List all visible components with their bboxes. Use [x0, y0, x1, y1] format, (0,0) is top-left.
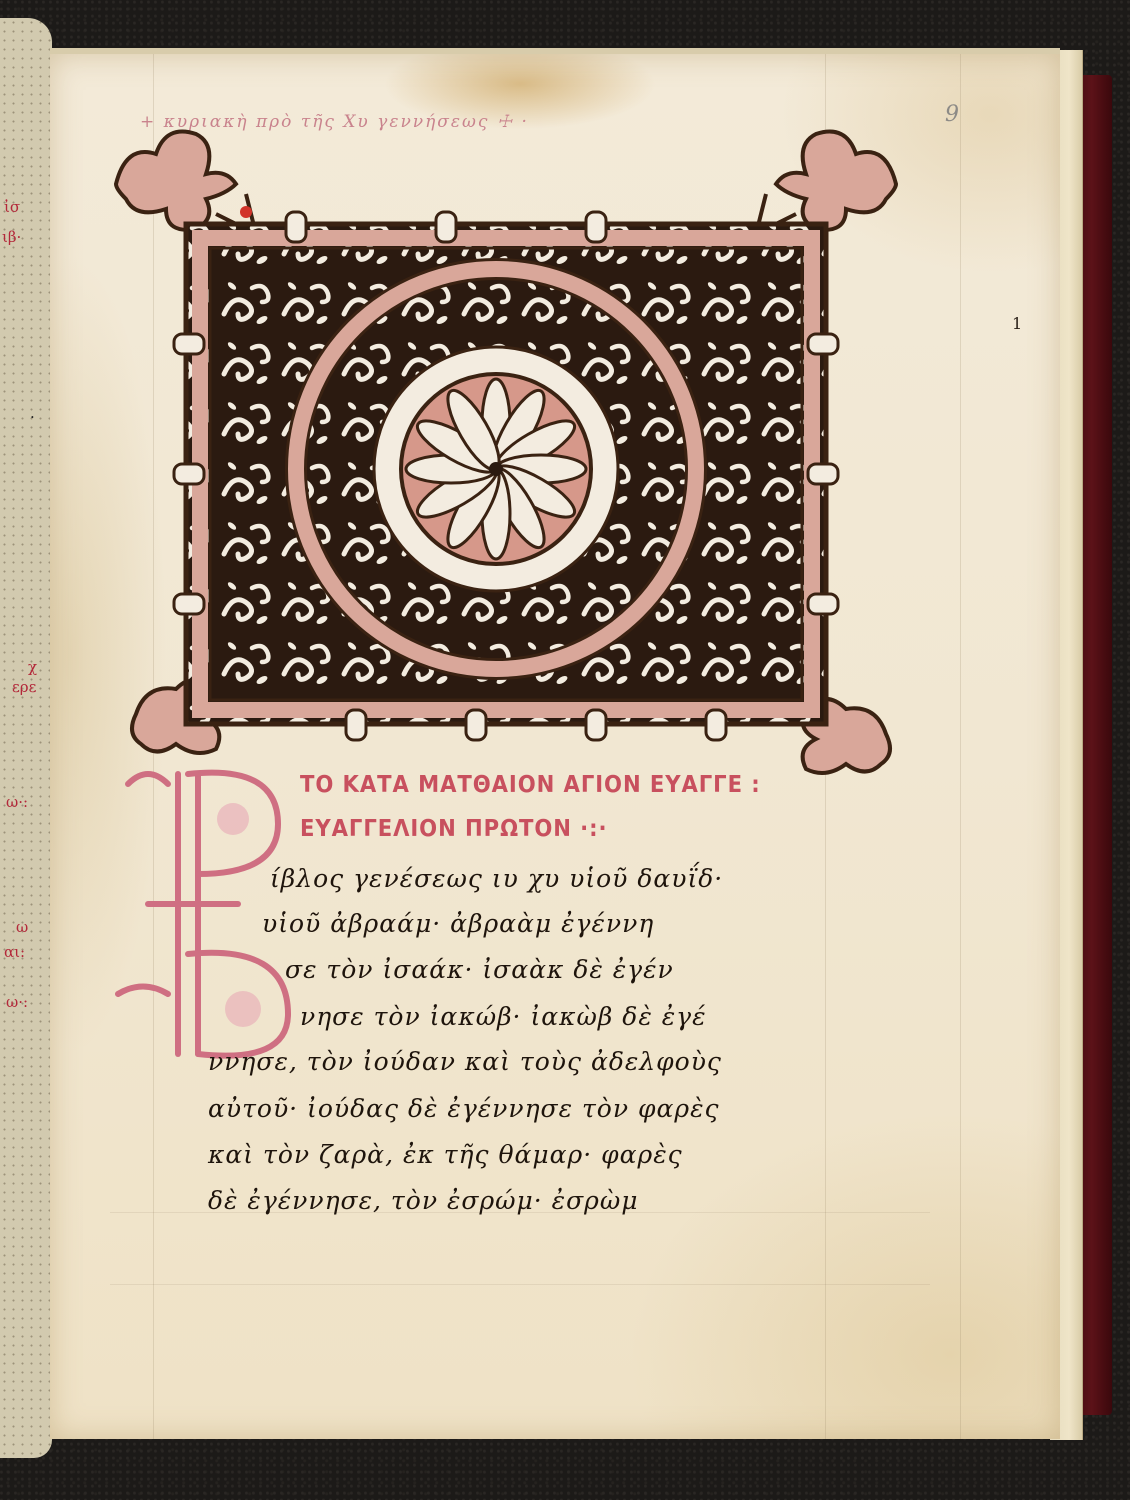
manuscript-page: + κυριακὴ πρὸ τῆς Χυ γεννήσεως ☩ · 9 1 [50, 48, 1060, 1439]
text-line: νησε τὸν ἰακώβ· ἰακὼβ δὲ ἐγέ [300, 1002, 707, 1031]
corner-palmette-top-right [756, 132, 896, 235]
title-line-1: ΤΟ ΚΑΤΑ ΜΑΤΘΑΙΟΝ ΑΓΙΟΝ ΕΥΑΓΓΕ : [300, 772, 761, 798]
text-line: αὐτοῦ· ἰούδας δὲ ἐγέννησε τὸν φαρὲς [208, 1094, 720, 1123]
left-margin-note: ω [16, 918, 28, 936]
left-margin-note: ερε [12, 678, 36, 696]
left-margin-note: αι: [4, 943, 25, 961]
left-margin-note: ω·: [6, 993, 28, 1011]
left-margin-note: ω·: [6, 793, 28, 811]
binding-cover-edge [1078, 75, 1112, 1415]
text-line: ίβλος γενέσεως ιυ χυ υἱοῦ δαυΐδ· [270, 864, 723, 893]
left-margin-note: ιβ· [2, 228, 21, 246]
title-line-2: ΕΥΑΓΓΕΛΙΟΝ ΠΡΩΤΟΝ ·:· [300, 816, 607, 842]
left-page-edge: ἰσ ιβ· · χ ερε ω·: ω αι: ω·: [0, 18, 52, 1458]
ruling-line [960, 54, 961, 1439]
text-line: υἱοῦ ἀβραάμ· ἀβραὰμ ἐγέννη [262, 909, 654, 938]
headpiece-ornament [96, 94, 916, 784]
text-line: σε τὸν ἰσαάκ· ἰσαὰκ δὲ ἐγέν [285, 955, 674, 984]
left-margin-note: χ [28, 658, 37, 676]
text-line: καὶ τὸν ζαρὰ, ἐκ τῆς θάμαρ· φαρὲς [208, 1140, 683, 1169]
margin-mark: 1 [1012, 314, 1022, 333]
left-margin-note: · [30, 408, 35, 426]
folio-number: 9 [945, 102, 959, 127]
corner-palmette-top-left [116, 132, 256, 235]
ruling-line [110, 1284, 930, 1285]
left-margin-note: ἰσ [4, 198, 20, 216]
text-line: δὲ ἐγέννησε, τὸν ἐσρώμ· ἐσρὼμ [208, 1186, 638, 1215]
text-line: ννησε, τὸν ἰούδαν καὶ τοὺς ἀδελφοὺς [208, 1047, 722, 1076]
